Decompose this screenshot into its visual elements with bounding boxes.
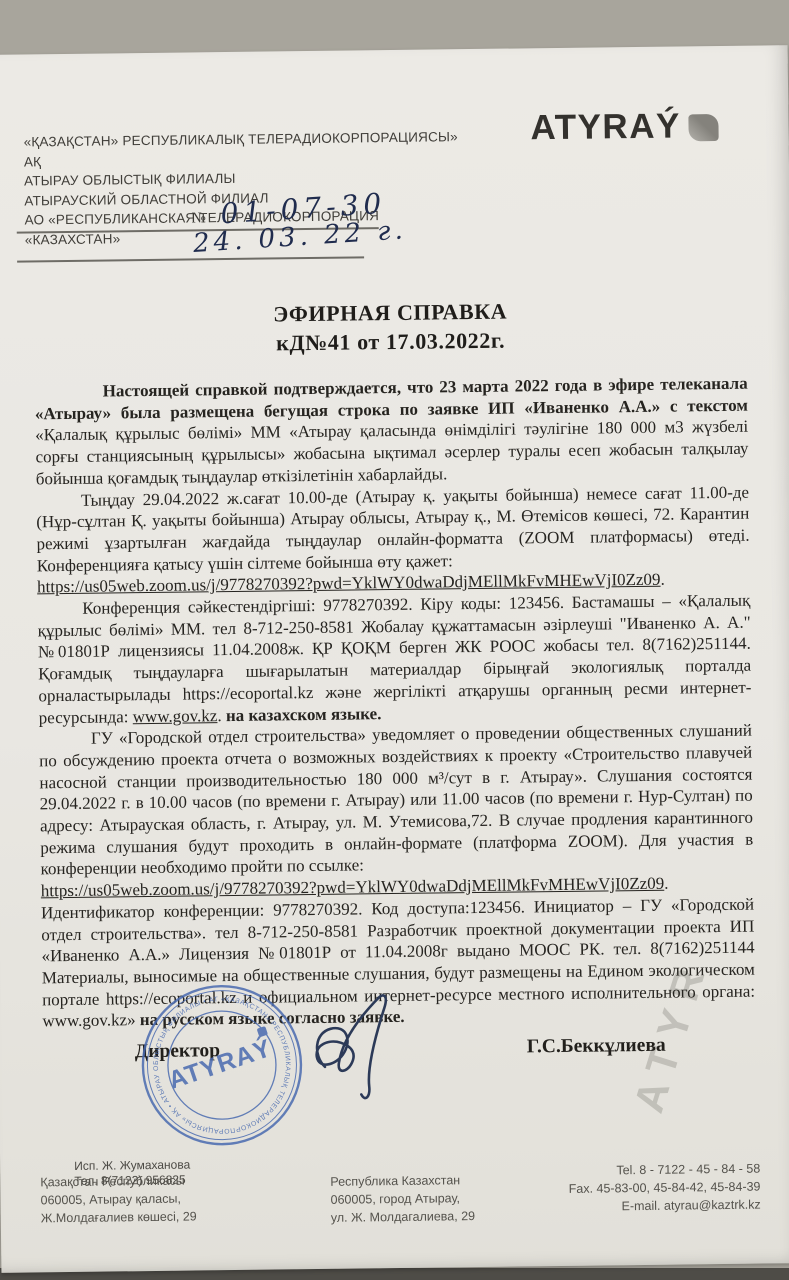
address-russian: Республика Казахстан 060005, город Атыра…	[330, 1171, 475, 1227]
document-paper: «ҚАЗАҚСТАН» РЕСПУБЛИКАЛЫҚ ТЕЛЕРАДИОКОРПО…	[0, 45, 789, 1273]
address-kazakh: Қазақстан Республикасы 060005, Атырау қа…	[40, 1171, 197, 1227]
contact-email: E-mail. atyrau@kaztrk.kz	[469, 1196, 761, 1218]
scanned-document-photo: «ҚАЗАҚСТАН» РЕСПУБЛИКАЛЫҚ ТЕЛЕРАДИОКОРПО…	[0, 0, 789, 1280]
contacts-block: Tel. 8 - 7122 - 45 - 84 - 58 Fax. 45-83-…	[468, 1160, 761, 1218]
address-ru-line: ул. Ж. Молдагалиева, 29	[331, 1207, 475, 1227]
address-kz-line: 060005, Атырау қаласы,	[40, 1189, 196, 1209]
address-ru-line: Республика Казахстан	[330, 1171, 474, 1191]
address-kz-line: Қазақстан Республикасы	[40, 1171, 196, 1191]
address-ru-line: 060005, город Атырау,	[330, 1189, 474, 1209]
round-stamp: «ҚАЗАҚСТАН» РЕСПУБЛИКАЛЫҚ ТЕЛЕРАДИОКОРПО…	[136, 979, 308, 1151]
address-kz-line: Ж.Молдағалиев көшесі, 29	[41, 1207, 197, 1227]
handwritten-signature	[294, 988, 426, 1125]
stamp-center-text: ATYRAÝ	[164, 1032, 275, 1095]
